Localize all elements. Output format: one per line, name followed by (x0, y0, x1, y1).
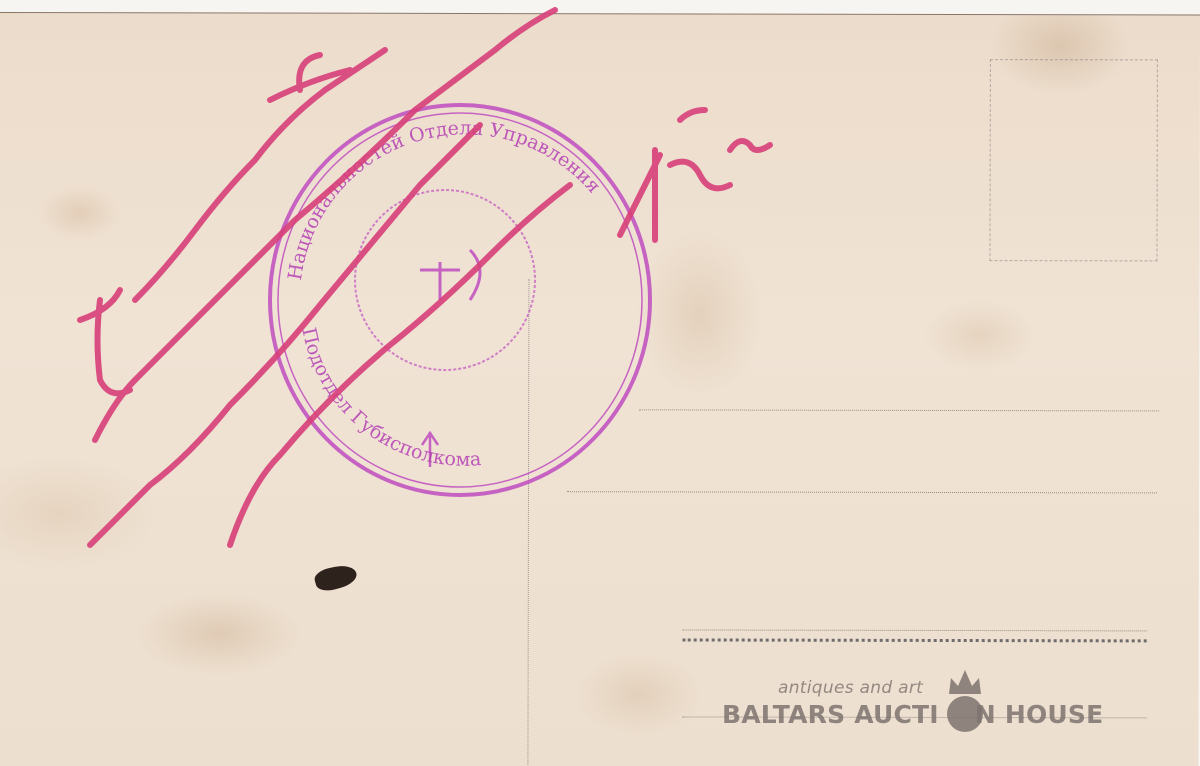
watermark: antiques and art BALTARS AUCTIN HOUSE (722, 672, 1122, 742)
watermark-name-part-2: N HOUSE (975, 700, 1104, 729)
watermark-name: BALTARS AUCTIN HOUSE (722, 700, 1103, 729)
watermark-name-part-1: BALTARS AUCTI (722, 700, 939, 729)
ink-overlay: Национальностей Отдела Управления Подотд… (0, 0, 1200, 766)
crown-icon (945, 668, 985, 738)
watermark-tagline: antiques and art (778, 678, 923, 698)
